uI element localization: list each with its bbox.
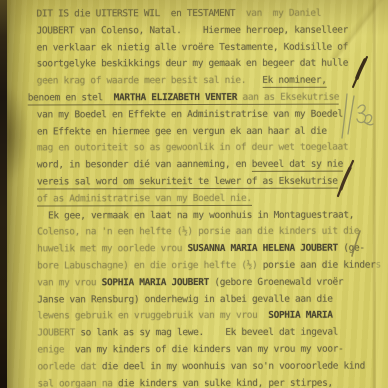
typed-segment: Ek gee, vermaak en laat na my woonhuis i… <box>48 209 354 221</box>
typed-segment: Ek nomineer, <box>262 75 326 88</box>
typed-segment: van my kinders of die kinders van my vro… <box>75 344 344 356</box>
typed-line: JOUBERT van Colenso, Natal. Hiermee herr… <box>37 22 378 40</box>
typed-line: van my vrou SOPHIA MARIA JOUBERT (gebore… <box>37 274 378 292</box>
typed-line: soortgelyke beskikkings deur my gemaak e… <box>37 56 378 74</box>
typed-segment: mag en outoriteit so as gewoonlik in of … <box>37 142 348 154</box>
typed-segment: lewens gebruik en vruggebruik van my vro… <box>37 310 268 322</box>
typed-line: bore Labuschagne) en die orige helfte (½… <box>37 258 378 276</box>
typed-segment: JOUBERT van Colenso, Natal. Hiermee herr… <box>37 24 348 36</box>
typed-segment: porsie aan die kinders <box>263 259 381 270</box>
typed-segment: van my Boedel en Effekte en Administratr… <box>37 108 343 120</box>
typed-segment: bore Labuschagne) en die orige helfte (½… <box>37 260 263 272</box>
typed-line: Colenso, na 'n een helfte (½) porsie aan… <box>37 224 378 242</box>
typed-segment: huwelik met my oorlede vrou <box>37 243 187 254</box>
typed-segment: beveel dat sy nie <box>252 159 343 172</box>
typed-segment: so lank as sy mag lewe. Ek beveel dat in… <box>75 327 338 339</box>
typed-segment: of as Administratrise van my Boedel nie. <box>37 193 252 207</box>
typed-line: en verklaar ek nietig alle vroëre Testam… <box>37 39 378 57</box>
typed-line: vereis sal word om sekuriteit te lewer o… <box>37 174 378 192</box>
document-photo: DIT IS die UITERSTE WIL en TESTAMENT van… <box>0 0 388 388</box>
typed-segment: Colenso, na 'n een helfte (½) porsie aan… <box>37 226 359 238</box>
typed-segment: SOPHIA MARIA JOUBERT <box>102 277 209 288</box>
typed-segment: SOPHIA MARIA <box>268 310 332 321</box>
typed-segment: die deel in my woonhuis van so'n vooroor… <box>102 360 365 372</box>
typed-line: Ek gee, vermaak en laat na my woonhuis i… <box>37 207 378 225</box>
typed-segment: (ge- <box>338 243 365 254</box>
typed-segment: geen krag of waarde meer besit sal nie. <box>37 75 263 87</box>
typed-line: enige van my kinders of die kinders van … <box>37 341 378 359</box>
typed-segment: SUSANNA MARIA HELENA JOUBERT <box>187 243 337 254</box>
typed-line: van my Boedel en Effekte en Administratr… <box>37 106 378 124</box>
typed-segment: JOUBERT <box>37 327 75 338</box>
typed-segment: oorlede dat <box>37 361 101 372</box>
typed-line: huwelik met my oorlede vrou SUSANNA MARI… <box>37 241 378 259</box>
typed-segment: word, in besonder dié van aanneming, en <box>37 159 252 171</box>
typed-segment: Janse van Rensburg) onderhewig in albei … <box>37 293 332 305</box>
typed-segment: enige <box>37 344 75 355</box>
typed-line: en Effekte en hiermee gee en vergun ek a… <box>37 123 378 141</box>
typed-segment: en verklaar ek nietig alle vroëre Testam… <box>37 41 348 53</box>
typed-segment: (gebore Groenewald vroër <box>209 276 343 287</box>
typed-line: geen krag of waarde meer besit sal nie. … <box>37 73 378 91</box>
typed-segment: aan as Eksekutrise <box>237 92 339 105</box>
typed-line: oorlede dat die deel in my woonhuis van … <box>37 358 378 376</box>
typed-line: sal oorgaan na die kinders van sulke kin… <box>37 375 378 388</box>
typed-line: word, in besonder dié van aanneming, en … <box>37 157 378 175</box>
typed-segment: van my vrou <box>37 277 101 288</box>
typed-segment: sal oorgaan na <box>37 378 118 388</box>
typed-line: JOUBERT so lank as sy mag lewe. Ek bevee… <box>37 325 378 343</box>
typed-line: DIT IS die UITERSTE WIL en TESTAMENT van… <box>36 6 377 24</box>
typed-line: benoem en stel MARTHA ELIZABETH VENTER a… <box>28 90 378 108</box>
typed-line: mag en outoriteit so as gewoonlik in of … <box>37 140 378 158</box>
typed-line: of as Administratrise van my Boedel nie. <box>37 190 378 208</box>
typed-segment: van my Daniel <box>241 8 322 19</box>
typed-line: Janse van Rensburg) onderhewig in albei … <box>37 291 378 309</box>
typed-segment: benoem en stel <box>28 92 114 105</box>
typed-segment: en Effekte en hiermee gee en vergun ek a… <box>37 125 327 137</box>
typed-segment: DIT IS die UITERSTE WIL en TESTAMENT <box>36 8 240 20</box>
typed-segment: soortgelyke beskikkings deur my gemaak e… <box>37 58 348 70</box>
typed-line: lewens gebruik en vruggebruik van my vro… <box>37 308 378 326</box>
typed-segment: MARTHA ELIZABETH VENTER <box>114 92 238 105</box>
binding-edge <box>0 0 7 388</box>
typed-segment: vereis sal word om sekuriteit te lewer o… <box>37 176 338 190</box>
typed-segment: die kinders van sulke kind, per stirpes, <box>118 377 333 388</box>
typed-lines: DIT IS die UITERSTE WIL en TESTAMENT van… <box>36 6 378 388</box>
